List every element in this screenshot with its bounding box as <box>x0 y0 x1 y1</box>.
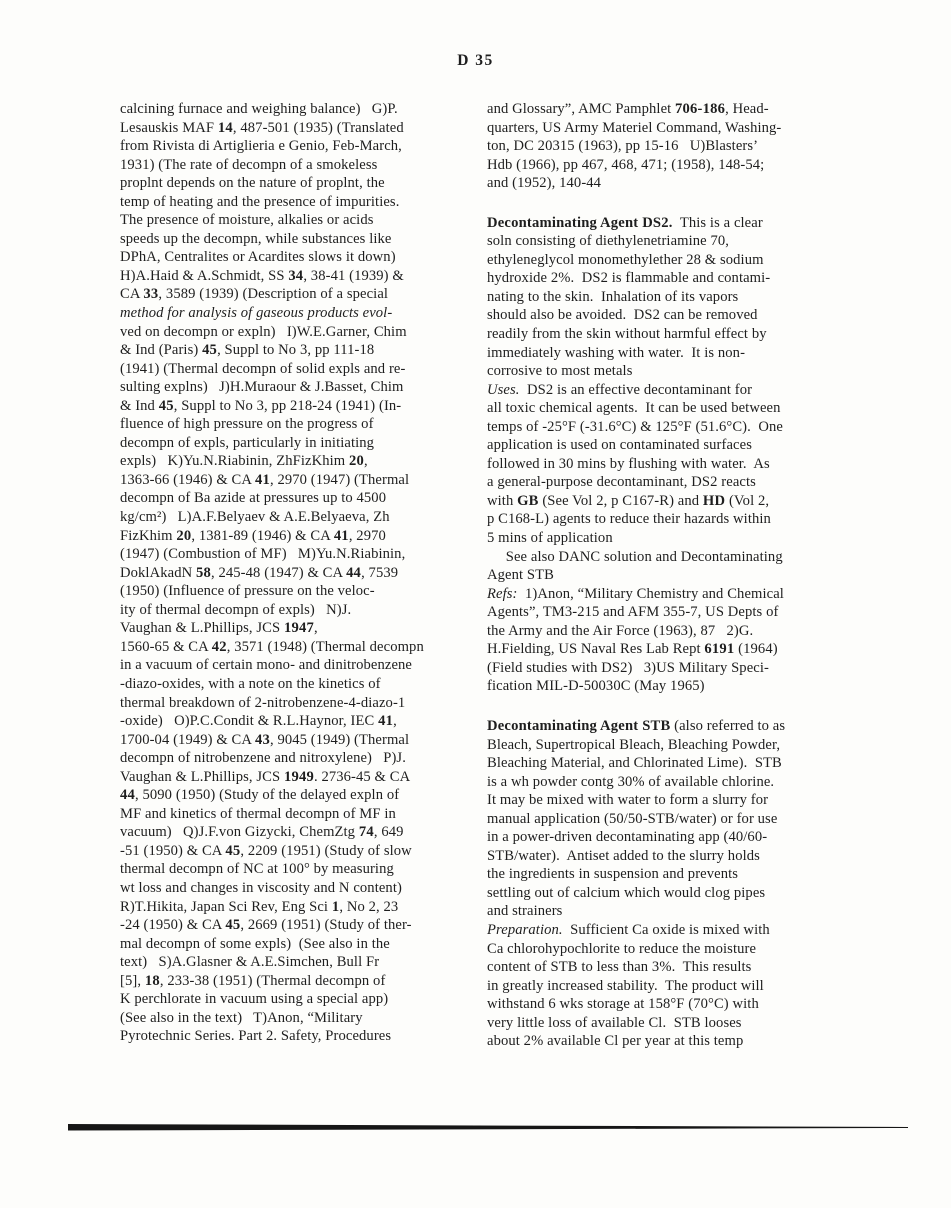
text-line: K perchlorate in vacuum using a special … <box>120 990 476 1009</box>
text-line: p C168-L) agents to reduce their hazards… <box>487 510 843 529</box>
text-line: in greatly increased stability. The prod… <box>487 977 843 996</box>
text-line: fication MIL-D-50030C (May 1965) <box>487 677 843 696</box>
text-line: FizKhim 20, 1381-89 (1946) & CA 41, 2970 <box>120 527 476 546</box>
text-line: decompn of nitrobenzene and nitroxylene)… <box>120 749 476 768</box>
text-line: (1950) (Influence of pressure on the vel… <box>120 582 476 601</box>
text-line: 44, 5090 (1950) (Study of the delayed ex… <box>120 786 476 805</box>
text-line: sulting explns) J)H.Muraour & J.Basset, … <box>120 378 476 397</box>
text-line: settling out of calcium which would clog… <box>487 884 843 903</box>
text-line: a general-purpose decontaminant, DS2 rea… <box>487 473 843 492</box>
text-line: and Glossary”, AMC Pamphlet 706-186, Hea… <box>487 100 843 119</box>
text-line: 5 mins of application <box>487 529 843 548</box>
text-line: -diazo-oxides, with a note on the kineti… <box>120 675 476 694</box>
text-line: See also DANC solution and Decontaminati… <box>487 548 843 567</box>
text-line: should also be avoided. DS2 can be remov… <box>487 306 843 325</box>
right-text-column: and Glossary”, AMC Pamphlet 706-186, Hea… <box>487 100 843 1051</box>
text-line: 1931) (The rate of decompn of a smokeles… <box>120 156 476 175</box>
text-line: is a wh powder contg 30% of available ch… <box>487 773 843 792</box>
text-line: Preparation. Sufficient Ca oxide is mixe… <box>487 921 843 940</box>
text-line: and (1952), 140-44 <box>487 174 843 193</box>
text-line: followed in 30 mins by flushing with wat… <box>487 455 843 474</box>
text-line: readily from the skin without harmful ef… <box>487 325 843 344</box>
text-line: (1947) (Combustion of MF) M)Yu.N.Riabini… <box>120 545 476 564</box>
text-line: STB/water). Antiset added to the slurry … <box>487 847 843 866</box>
text-line: Decontaminating Agent STB (also referred… <box>487 717 843 736</box>
text-line: DPhA, Centralites or Acardites slows it … <box>120 248 476 267</box>
text-line: text) S)A.Glasner & A.E.Simchen, Bull Fr <box>120 953 476 972</box>
text-line: and strainers <box>487 902 843 921</box>
text-line: withstand 6 wks storage at 158°F (70°C) … <box>487 995 843 1014</box>
text-line: fluence of high pressure on the progress… <box>120 415 476 434</box>
scan-artifact-line <box>68 1121 908 1135</box>
text-line: CA 33, 3589 (1939) (Description of a spe… <box>120 285 476 304</box>
text-line: temp of heating and the presence of impu… <box>120 193 476 212</box>
text-line: It may be mixed with water to form a slu… <box>487 791 843 810</box>
text-line: R)T.Hikita, Japan Sci Rev, Eng Sci 1, No… <box>120 898 476 917</box>
text-line: DoklAkadN 58, 245-48 (1947) & CA 44, 753… <box>120 564 476 583</box>
text-line: The presence of moisture, alkalies or ac… <box>120 211 476 230</box>
text-line: the Army and the Air Force (1963), 87 2)… <box>487 622 843 641</box>
text-line: mal decompn of some expls) (See also in … <box>120 935 476 954</box>
text-line: H.Fielding, US Naval Res Lab Rept 6191 (… <box>487 640 843 659</box>
text-line: (Field studies with DS2) 3)US Military S… <box>487 659 843 678</box>
text-line: H)A.Haid & A.Schmidt, SS 34, 38-41 (1939… <box>120 267 476 286</box>
text-line: ethyleneglycol monomethylether 28 & sodi… <box>487 251 843 270</box>
text-line: Ca chlorohypochlorite to reduce the mois… <box>487 940 843 959</box>
text-line: ton, DC 20315 (1963), pp 15-16 U)Blaster… <box>487 137 843 156</box>
text-line: from Rivista di Artiglieria e Genio, Feb… <box>120 137 476 156</box>
text-line: Vaughan & L.Phillips, JCS 1949. 2736-45 … <box>120 768 476 787</box>
paragraph-block: Decontaminating Agent STB (also referred… <box>487 717 843 1051</box>
text-line: corrosive to most metals <box>487 362 843 381</box>
text-line: manual application (50/50-STB/water) or … <box>487 810 843 829</box>
text-line: Refs: 1)Anon, “Military Chemistry and Ch… <box>487 585 843 604</box>
text-line: wt loss and changes in viscosity and N c… <box>120 879 476 898</box>
text-line: decompn of expls, particularly in initia… <box>120 434 476 453</box>
text-line: calcining furnace and weighing balance) … <box>120 100 476 119</box>
text-line: [5], 18, 233-38 (1951) (Thermal decompn … <box>120 972 476 991</box>
text-line: content of STB to less than 3%. This res… <box>487 958 843 977</box>
text-line: ved on decompn or expln) I)W.E.Garner, C… <box>120 323 476 342</box>
text-line: temps of -25°F (-31.6°C) & 125°F (51.6°C… <box>487 418 843 437</box>
text-line: thermal breakdown of 2-nitrobenzene-4-di… <box>120 694 476 713</box>
text-line: MF and kinetics of thermal decompn of MF… <box>120 805 476 824</box>
text-line: immediately washing with water. It is no… <box>487 344 843 363</box>
text-line: method for analysis of gaseous products … <box>120 304 476 323</box>
text-line: nating to the skin. Inhalation of its va… <box>487 288 843 307</box>
paragraph-block: calcining furnace and weighing balance) … <box>120 100 476 1046</box>
text-line: application is used on contaminated surf… <box>487 436 843 455</box>
text-line: (1941) (Thermal decompn of solid expls a… <box>120 360 476 379</box>
text-line: kg/cm²) L)A.F.Belyaev & A.E.Belyaeva, Zh <box>120 508 476 527</box>
paragraph-block: Decontaminating Agent DS2. This is a cle… <box>487 214 843 696</box>
left-text-column: calcining furnace and weighing balance) … <box>120 100 476 1046</box>
text-line: hydroxide 2%. DS2 is flammable and conta… <box>487 269 843 288</box>
text-line: Vaughan & L.Phillips, JCS 1947, <box>120 619 476 638</box>
text-line: all toxic chemical agents. It can be use… <box>487 399 843 418</box>
text-line: decompn of Ba azide at pressures up to 4… <box>120 489 476 508</box>
text-line: Hdb (1966), pp 467, 468, 471; (1958), 14… <box>487 156 843 175</box>
text-line: ity of thermal decompn of expls) N)J. <box>120 601 476 620</box>
text-line: in a power-driven decontaminating app (4… <box>487 828 843 847</box>
text-line: proplnt depends on the nature of proplnt… <box>120 174 476 193</box>
text-line: & Ind 45, Suppl to No 3, pp 218-24 (1941… <box>120 397 476 416</box>
text-line: Lesauskis MAF 14, 487-501 (1935) (Transl… <box>120 119 476 138</box>
text-line: speeds up the decompn, while substances … <box>120 230 476 249</box>
text-line: 1363-66 (1946) & CA 41, 2970 (1947) (The… <box>120 471 476 490</box>
text-line: Agents”, TM3-215 and AFM 355-7, US Depts… <box>487 603 843 622</box>
text-line: very little loss of available Cl. STB lo… <box>487 1014 843 1033</box>
text-line: Pyrotechnic Series. Part 2. Safety, Proc… <box>120 1027 476 1046</box>
text-line: Agent STB <box>487 566 843 585</box>
text-line: Bleaching Material, and Chlorinated Lime… <box>487 754 843 773</box>
text-line: & Ind (Paris) 45, Suppl to No 3, pp 111-… <box>120 341 476 360</box>
text-line: (See also in the text) T)Anon, “Military <box>120 1009 476 1028</box>
text-line: vacuum) Q)J.F.von Gizycki, ChemZtg 74, 6… <box>120 823 476 842</box>
text-line: the ingredients in suspension and preven… <box>487 865 843 884</box>
page-number-header: D 35 <box>0 52 951 70</box>
text-line: 1560-65 & CA 42, 3571 (1948) (Thermal de… <box>120 638 476 657</box>
text-line: in a vacuum of certain mono- and dinitro… <box>120 656 476 675</box>
text-line: quarters, US Army Materiel Command, Wash… <box>487 119 843 138</box>
text-line: with GB (See Vol 2, p C167-R) and HD (Vo… <box>487 492 843 511</box>
text-line: expls) K)Yu.N.Riabinin, ZhFizKhim 20, <box>120 452 476 471</box>
paragraph-block: and Glossary”, AMC Pamphlet 706-186, Hea… <box>487 100 843 193</box>
text-line: -oxide) O)P.C.Condit & R.L.Haynor, IEC 4… <box>120 712 476 731</box>
text-line: Decontaminating Agent DS2. This is a cle… <box>487 214 843 233</box>
text-line: Uses. DS2 is an effective decontaminant … <box>487 381 843 400</box>
text-line: -51 (1950) & CA 45, 2209 (1951) (Study o… <box>120 842 476 861</box>
scanned-document-page: D 35 calcining furnace and weighing bala… <box>0 0 951 1208</box>
text-line: soln consisting of diethylenetriamine 70… <box>487 232 843 251</box>
text-line: about 2% available Cl per year at this t… <box>487 1032 843 1051</box>
text-line: thermal decompn of NC at 100° by measuri… <box>120 860 476 879</box>
text-line: 1700-04 (1949) & CA 43, 9045 (1949) (The… <box>120 731 476 750</box>
text-line: -24 (1950) & CA 45, 2669 (1951) (Study o… <box>120 916 476 935</box>
text-line: Bleach, Supertropical Bleach, Bleaching … <box>487 736 843 755</box>
